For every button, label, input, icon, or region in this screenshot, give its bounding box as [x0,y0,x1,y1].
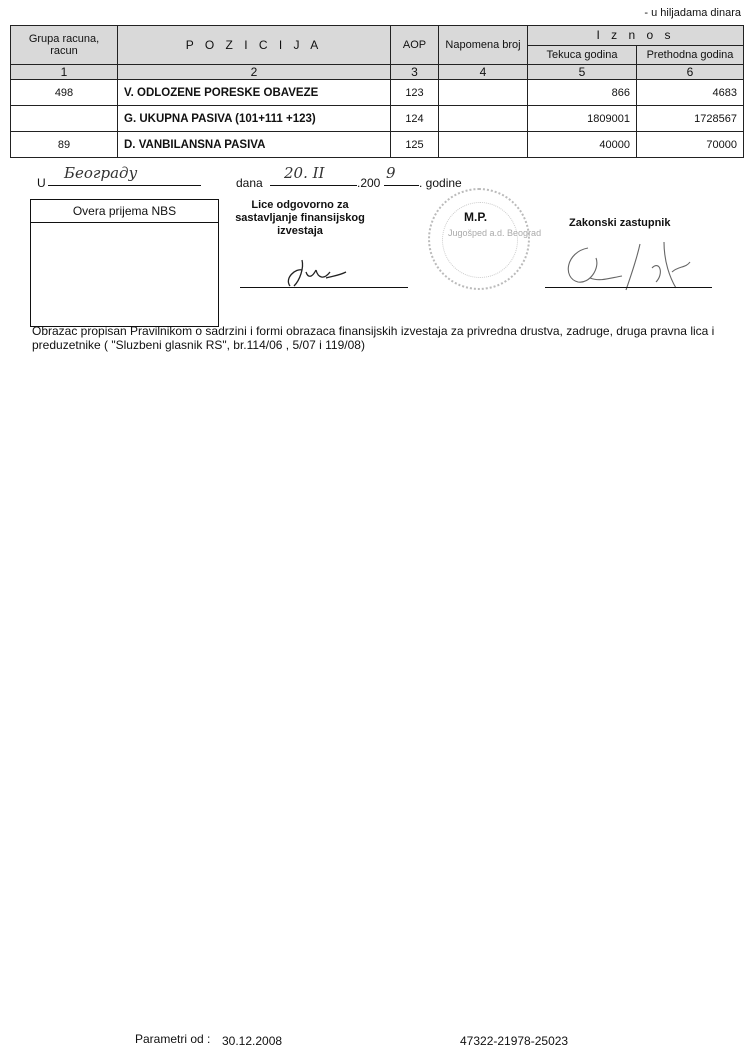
cell-note [439,106,528,132]
params-date: 30.12.2008 [222,1034,282,1048]
stamp-label: M.P. [464,210,487,224]
params-label: Parametri od : [135,1032,210,1046]
column-number: 6 [637,65,744,80]
legal-rep-signature [560,238,700,300]
column-number: 5 [528,65,637,80]
column-number: 4 [439,65,528,80]
cell-aop: 123 [391,80,439,106]
nbs-receipt-title: Overa prijema NBS [31,200,218,223]
column-number: 1 [11,65,118,80]
date-value: 20. II [284,164,324,182]
place-value: Београду [64,164,137,182]
cell-note [439,80,528,106]
cell-previous: 4683 [637,80,744,106]
cell-position: G. UKUPNA PASIVA (101+111 +123) [118,106,391,132]
table-row: 498 V. ODLOZENE PORESKE OBAVEZE 123 866 … [11,80,744,106]
cell-aop: 125 [391,132,439,158]
year-suffix: 9 [386,164,396,182]
form-code: 47322-21978-25023 [460,1034,568,1048]
cell-group: 498 [11,80,118,106]
unit-note: - u hiljadama dinara [644,7,741,19]
cell-aop: 124 [391,106,439,132]
year-prefix: .200 [357,176,380,190]
table-row: G. UKUPNA PASIVA (101+111 +123) 124 1809… [11,106,744,132]
header-note: Napomena broj [439,26,528,65]
stamp-icon [428,188,530,290]
cell-previous: 70000 [637,132,744,158]
responsible-signature [282,258,352,290]
cell-group: 89 [11,132,118,158]
column-number: 2 [118,65,391,80]
responsible-person-label: Lice odgovorno za sastavljanje finansijs… [230,199,370,238]
cell-current: 866 [528,80,637,106]
table-row: 89 D. VANBILANSNA PASIVA 125 40000 70000 [11,132,744,158]
year-label: . godine [419,176,462,190]
nbs-receipt-box: Overa prijema NBS [30,199,219,327]
header-current-year: Tekuca godina [528,45,637,65]
regulation-footnote: Obrazac propisan Pravilnikom o sadrzini … [32,324,742,352]
cell-current: 40000 [528,132,637,158]
place-label: U [37,176,46,190]
cell-note [439,132,528,158]
stamp-text: Jugošped a.d. Beograd [448,228,541,238]
column-number: 3 [391,65,439,80]
cell-previous: 1728567 [637,106,744,132]
date-label: dana [236,176,263,190]
legal-representative-label: Zakonski zastupnik [569,217,670,229]
header-amount: I z n o s [528,26,744,46]
header-previous-year: Prethodna godina [637,45,744,65]
balance-table: Grupa racuna, racun P O Z I C I J A AOP … [10,25,744,158]
header-position: P O Z I C I J A [118,26,391,65]
header-aop: AOP [391,26,439,65]
header-group: Grupa racuna, racun [11,26,118,65]
cell-position: V. ODLOZENE PORESKE OBAVEZE [118,80,391,106]
cell-position: D. VANBILANSNA PASIVA [118,132,391,158]
legal-rep-signature-line [545,287,712,288]
cell-group [11,106,118,132]
responsible-signature-line [240,287,408,288]
cell-current: 1809001 [528,106,637,132]
